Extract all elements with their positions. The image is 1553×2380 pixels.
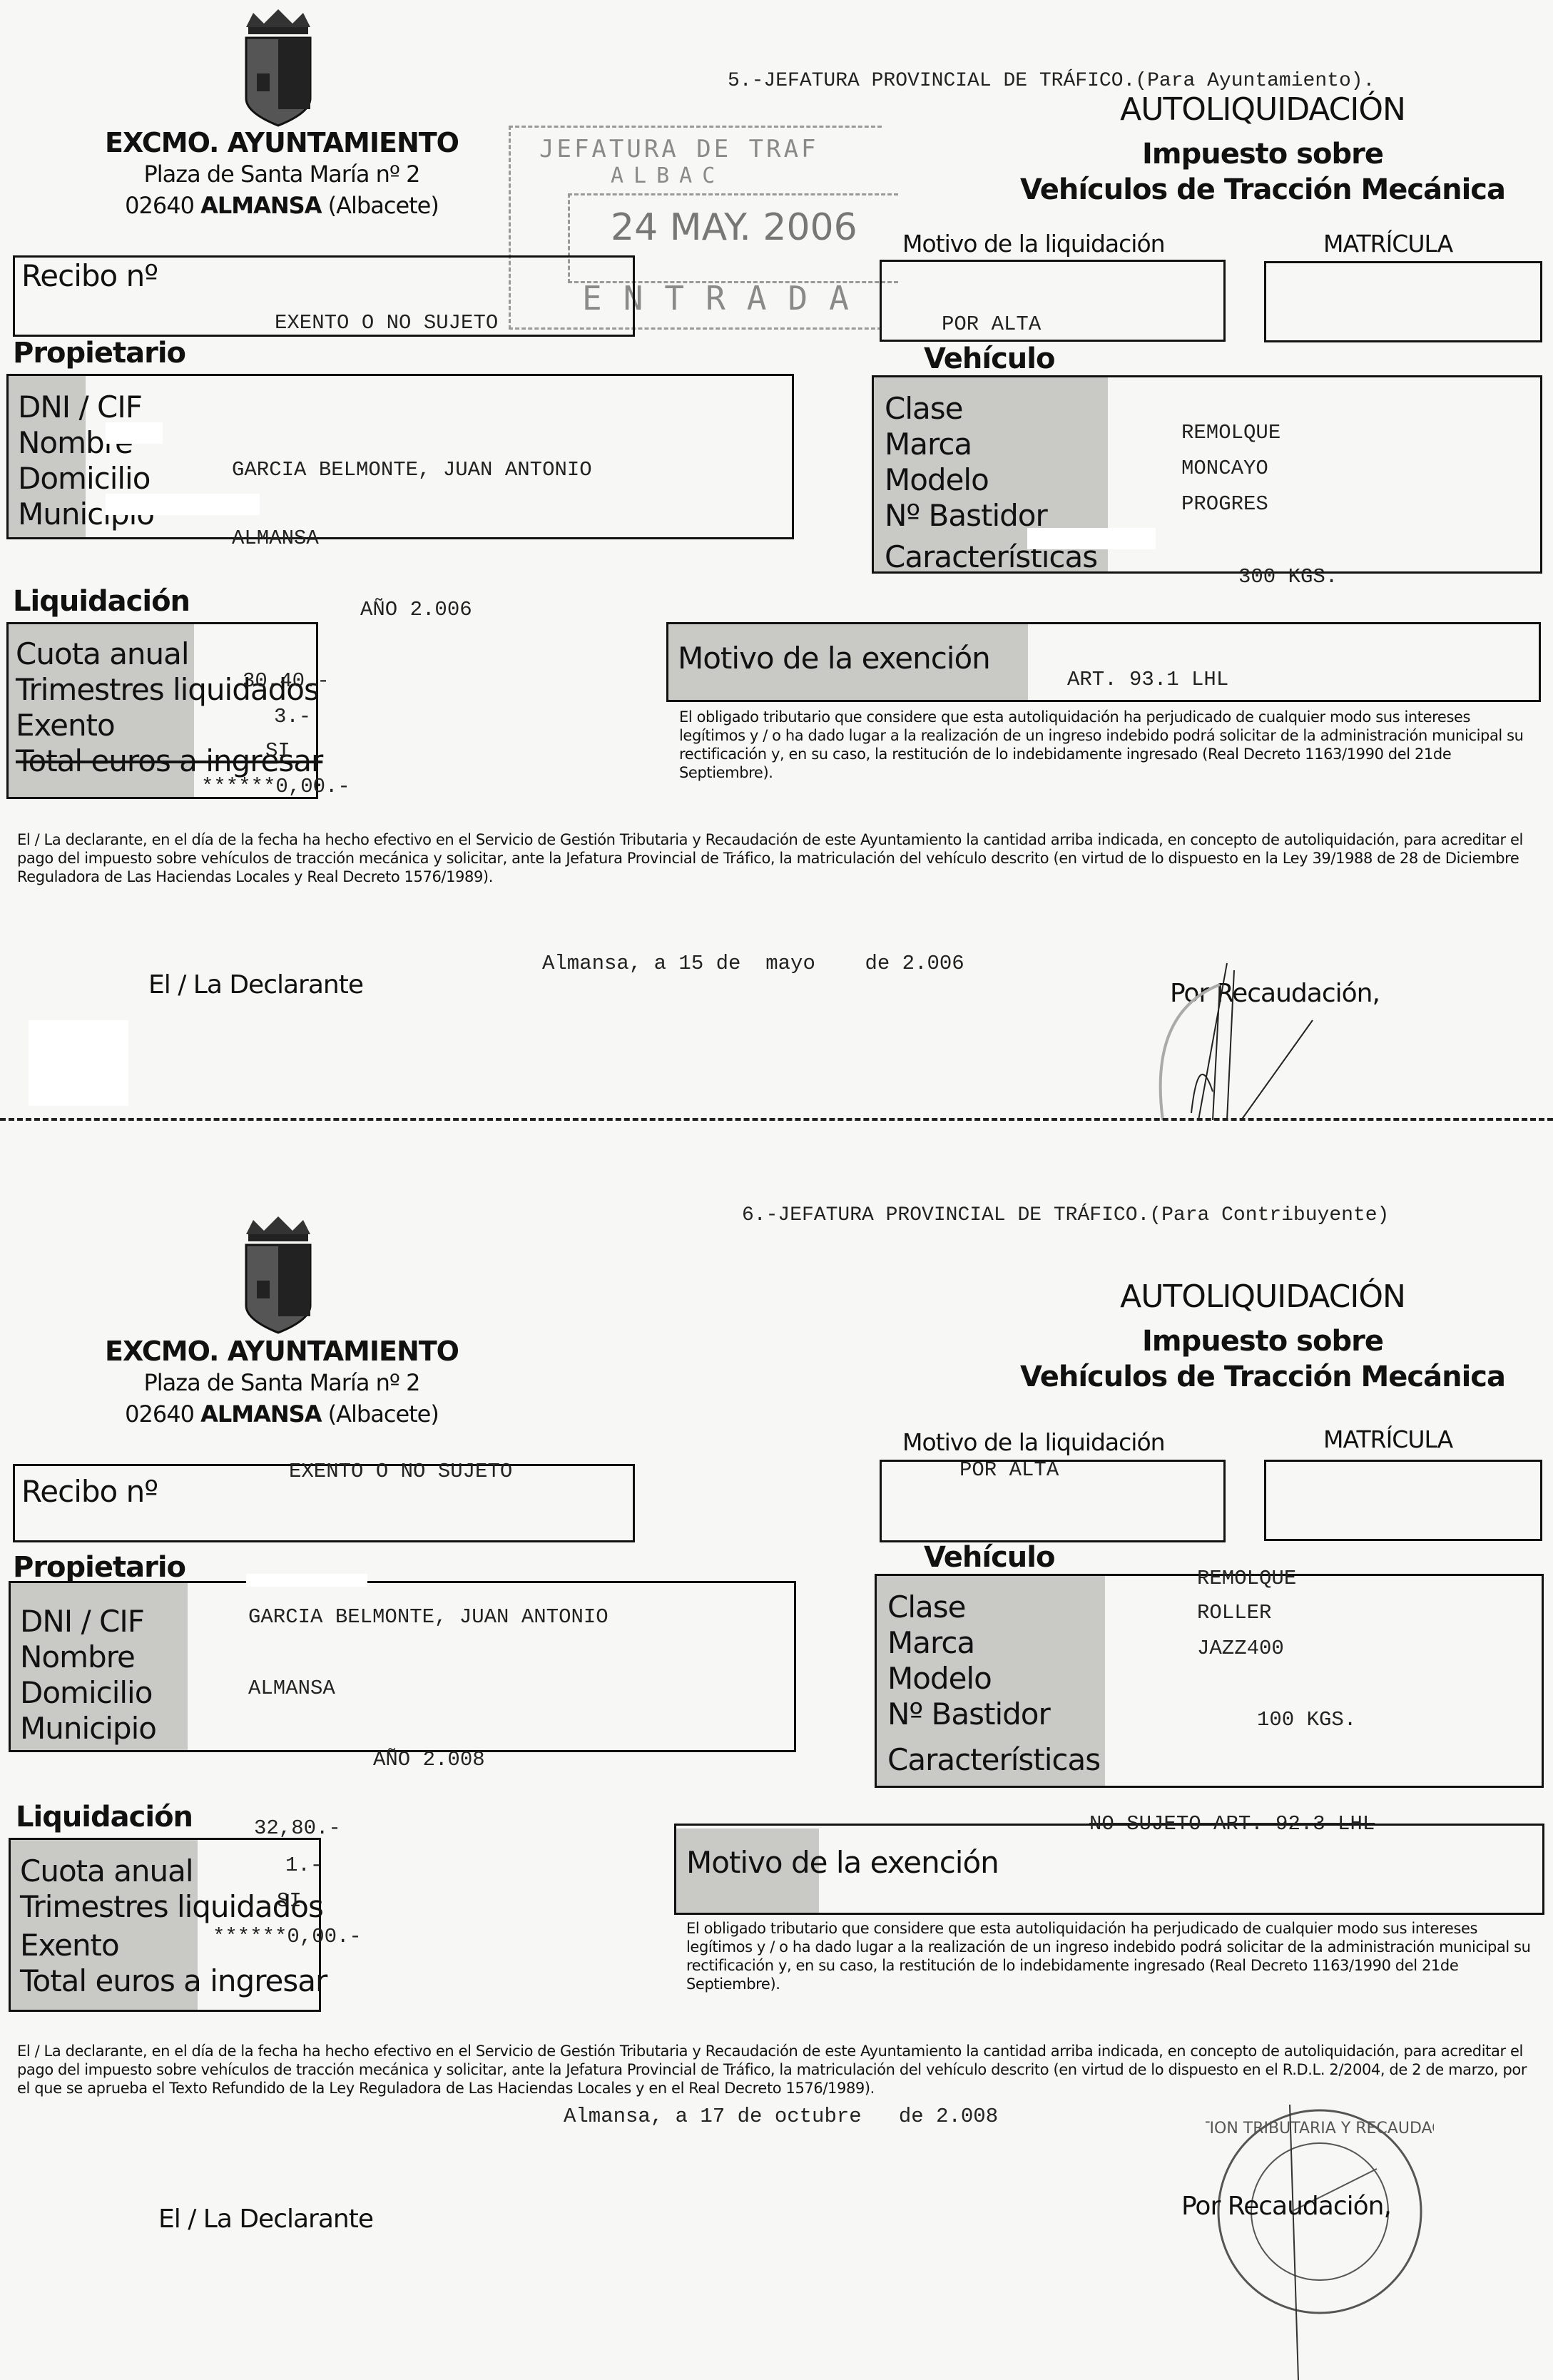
vehiculo-heading: Vehículo xyxy=(924,1541,1054,1574)
org-postal: 02640 xyxy=(125,1400,194,1428)
liquidacion-total: ******0,00.- xyxy=(213,1925,362,1948)
label-domicilio: Domicilio xyxy=(20,1675,152,1711)
stamp-line2: ALBAC xyxy=(611,163,725,188)
title-sub1: Impuesto sobre xyxy=(992,1323,1534,1359)
org-address-block: EXCMO. AYUNTAMIENTO Plaza de Santa María… xyxy=(82,127,482,221)
place-date: Almansa, a 15 de mayo de 2.006 xyxy=(542,952,964,975)
place-date: Almansa, a 17 de octubre de 2.008 xyxy=(564,2105,998,2128)
liquidacion-exento: SI xyxy=(265,739,290,763)
liquidacion-trimestres: 3.- xyxy=(274,705,311,728)
label-modelo: Modelo xyxy=(885,462,989,498)
notice-text: El obligado tributario que considere que… xyxy=(686,1919,1542,1993)
vehiculo-marca: ROLLER xyxy=(1197,1601,1271,1624)
vehiculo-marca: MONCAYO xyxy=(1181,457,1268,480)
liquidacion-cuota: 32,80.- xyxy=(254,1816,341,1840)
recibo-label: Recibo nº xyxy=(21,258,158,294)
signature-declarante-label: El / La Declarante xyxy=(158,2204,373,2234)
label-clase: Clase xyxy=(885,391,962,427)
org-city: ALMANSA xyxy=(200,192,321,219)
propietario-heading: Propietario xyxy=(13,337,185,370)
document-title: AUTOLIQUIDACIÓN Impuesto sobre Vehículos… xyxy=(992,1278,1534,1395)
declaration-text: El / La declarante, en el día de la fech… xyxy=(17,2042,1537,2097)
liquidacion-heading: Liquidación xyxy=(16,1801,193,1834)
propietario-municipio: ALMANSA xyxy=(248,1677,335,1700)
label-exento: Exento xyxy=(16,708,115,743)
label-cuota-anual: Cuota anual xyxy=(20,1853,193,1889)
vehiculo-modelo: PROGRES xyxy=(1181,492,1268,516)
motivo-liquidacion-box xyxy=(880,260,1226,342)
vehiculo-caracteristicas: 300 KGS. xyxy=(1238,565,1338,589)
liquidacion-exento: SI xyxy=(277,1889,302,1913)
coat-of-arms-icon xyxy=(235,6,321,127)
label-dni: DNI / CIF xyxy=(20,1604,144,1639)
propietario-heading: Propietario xyxy=(13,1551,185,1584)
title-sub2: Vehículos de Tracción Mecánica xyxy=(992,172,1534,208)
signature-scribble-icon xyxy=(1106,942,1391,1156)
vehiculo-clase: REMOLQUE xyxy=(1197,1567,1296,1590)
propietario-nombre: GARCIA BELMONTE, JUAN ANTONIO xyxy=(248,1605,609,1629)
exencion-label: Motivo de la exención xyxy=(678,641,990,676)
org-address-block: EXCMO. AYUNTAMIENTO Plaza de Santa María… xyxy=(82,1336,482,1430)
notice-text: El obligado tributario que considere que… xyxy=(679,708,1528,782)
redacted-dni xyxy=(106,422,163,444)
matricula-box xyxy=(1264,1460,1542,1541)
copy-header: 6.-JEFATURA PROVINCIAL DE TRÁFICO.(Para … xyxy=(742,1204,1389,1226)
exencion-label: Motivo de la exención xyxy=(686,1845,999,1881)
label-nombre: Nombre xyxy=(20,1639,135,1675)
org-province: (Albacete) xyxy=(328,1400,439,1428)
declaration-text: El / La declarante, en el día de la fech… xyxy=(17,830,1537,886)
vehiculo-modelo: JAZZ400 xyxy=(1197,1637,1284,1660)
motivo-liquidacion-value: POR ALTA xyxy=(959,1458,1059,1482)
org-name: EXCMO. AYUNTAMIENTO xyxy=(82,1336,482,1367)
signature-declarante-label: El / La Declarante xyxy=(148,970,363,1000)
vehiculo-clase: REMOLQUE xyxy=(1181,421,1280,444)
motivo-liquidacion-label: Motivo de la liquidación xyxy=(902,1428,1165,1456)
label-bastidor: Nº Bastidor xyxy=(887,1697,1050,1732)
org-postal: 02640 xyxy=(125,192,194,219)
label-clase: Clase xyxy=(887,1590,965,1625)
propietario-municipio: ALMANSA xyxy=(232,527,319,550)
tax-office-seal-icon: GESTION TRIBUTARIA Y RECAUDACION xyxy=(1206,2105,1434,2380)
label-municipio: Municipio xyxy=(20,1711,156,1746)
recibo-label: Recibo nº xyxy=(21,1474,158,1510)
label-dni: DNI / CIF xyxy=(18,390,142,425)
label-bastidor: Nº Bastidor xyxy=(885,498,1047,534)
matricula-box xyxy=(1264,261,1542,342)
liquidacion-trimestres: 1.- xyxy=(285,1853,322,1877)
org-city: ALMANSA xyxy=(200,1400,321,1428)
exencion-value: NO SUJETO ART. 92.3 LHL xyxy=(1089,1812,1375,1836)
seal-text: GESTION TRIBUTARIA Y RECAUDACION xyxy=(1206,2120,1434,2137)
coat-of-arms-icon xyxy=(235,1213,321,1334)
stamp-date: 24 MAY. 2006 xyxy=(611,206,857,249)
matricula-label: MATRÍCULA xyxy=(1323,230,1452,258)
title-main: AUTOLIQUIDACIÓN xyxy=(992,1278,1534,1315)
signature-recaudacion-label: Por Recaudación, xyxy=(1181,2192,1391,2221)
liquidacion-heading: Liquidación xyxy=(13,585,190,618)
title-sub1: Impuesto sobre xyxy=(992,136,1534,172)
label-marca: Marca xyxy=(885,427,972,462)
label-modelo: Modelo xyxy=(887,1661,992,1697)
propietario-nombre: GARCIA BELMONTE, JUAN ANTONIO xyxy=(232,458,592,482)
matricula-label: MATRÍCULA xyxy=(1323,1425,1452,1453)
label-marca: Marca xyxy=(887,1625,974,1661)
redacted-border xyxy=(246,1574,367,1587)
org-province: (Albacete) xyxy=(328,192,439,219)
motivo-liquidacion-value: POR ALTA xyxy=(942,312,1041,336)
redacted-domicilio xyxy=(106,494,260,515)
recibo-value: EXENTO O NO SUJETO xyxy=(289,1460,512,1483)
label-exento: Exento xyxy=(20,1928,119,1963)
exencion-value: ART. 93.1 LHL xyxy=(1067,668,1228,691)
stamp-line1: JEFATURA DE TRAF xyxy=(539,135,819,163)
document-title: AUTOLIQUIDACIÓN Impuesto sobre Vehículos… xyxy=(992,91,1534,208)
label-total: Total euros a ingresar xyxy=(20,1963,327,1999)
vehiculo-heading: Vehículo xyxy=(924,342,1054,375)
label-cuota-anual: Cuota anual xyxy=(16,636,189,672)
liquidacion-year: AÑO 2.008 xyxy=(373,1748,485,1771)
title-sub2: Vehículos de Tracción Mecánica xyxy=(992,1359,1534,1395)
label-caracteristicas: Características xyxy=(887,1742,1100,1778)
recibo-value: EXENTO O NO SUJETO xyxy=(275,311,498,335)
org-address: Plaza de Santa María nº 2 xyxy=(82,1367,482,1398)
label-domicilio: Domicilio xyxy=(18,461,150,497)
org-name: EXCMO. AYUNTAMIENTO xyxy=(82,127,482,158)
liquidacion-year: AÑO 2.006 xyxy=(360,598,472,621)
redacted-bastidor xyxy=(1027,528,1156,549)
liquidacion-cuota: 30,40.- xyxy=(243,669,330,693)
motivo-liquidacion-label: Motivo de la liquidación xyxy=(902,230,1165,258)
vehiculo-caracteristicas: 100 KGS. xyxy=(1257,1708,1356,1731)
liquidacion-total: ******0,00.- xyxy=(201,775,350,798)
cut-line xyxy=(0,1118,1553,1121)
title-main: AUTOLIQUIDACIÓN xyxy=(992,91,1534,128)
redacted-signature xyxy=(29,1020,128,1106)
copy-header: 5.-JEFATURA PROVINCIAL DE TRÁFICO.(Para … xyxy=(728,70,1375,92)
org-address: Plaza de Santa María nº 2 xyxy=(82,158,482,190)
